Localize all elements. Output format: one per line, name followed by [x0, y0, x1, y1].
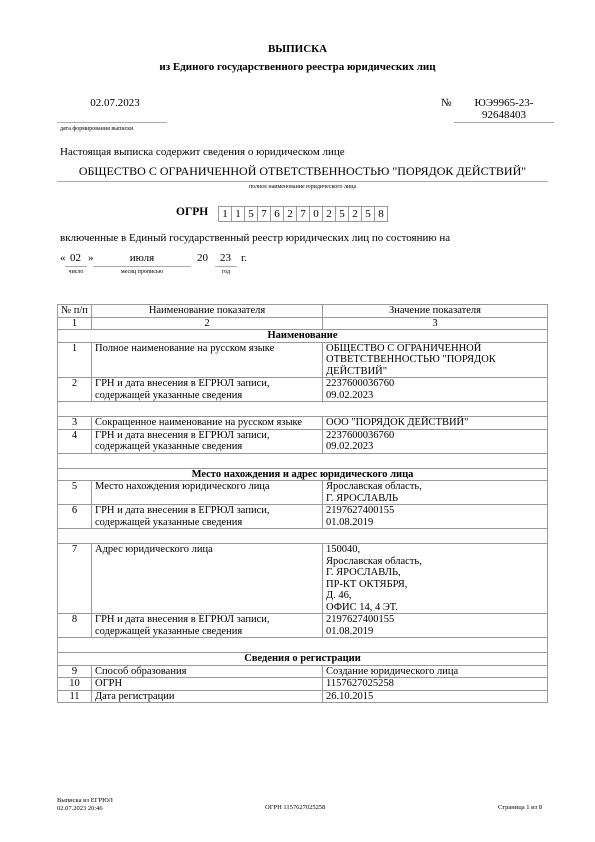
- as-of-year: 23: [220, 252, 231, 264]
- indicator-value-line: 2197627400155: [326, 505, 544, 517]
- section-header-row: Сведения о регистрации: [58, 653, 548, 666]
- indicator-value-line: 1157627025258: [326, 678, 544, 690]
- indicator-value-line: Создание юридического лица: [326, 666, 544, 678]
- as-of-month: июля: [93, 252, 191, 264]
- indicator-value: 223760003676009.02.2023: [323, 429, 548, 453]
- indicator-value-line: 09.02.2023: [326, 441, 544, 453]
- indicator-name: ГРН и дата внесения в ЕГРЮЛ записи, соде…: [92, 429, 323, 453]
- month-underline: [93, 266, 191, 267]
- spacer-cell: [58, 402, 548, 417]
- ogrn-digit-box: 5: [362, 206, 375, 222]
- ogrn-digit-box: 8: [375, 206, 388, 222]
- document-subtitle: из Единого государственного реестра юрид…: [0, 61, 595, 73]
- section-header-row: Место нахождения и адрес юридического ли…: [58, 468, 548, 481]
- table-row: 6ГРН и дата внесения в ЕГРЮЛ записи, сод…: [58, 505, 548, 529]
- indicator-value-line: Ярославская область,: [326, 556, 544, 568]
- indicator-name: ОГРН: [92, 678, 323, 691]
- table-row: 8ГРН и дата внесения в ЕГРЮЛ записи, сод…: [58, 614, 548, 638]
- indicator-value-line: 01.08.2019: [326, 626, 544, 638]
- ogrn-digit-box: 2: [323, 206, 336, 222]
- spacer-cell: [58, 638, 548, 653]
- entity-name-caption: полное наименование юридического лица: [57, 184, 548, 190]
- table-row: 1Полное наименование на русском языкеОБЩ…: [58, 342, 548, 378]
- day-caption: число: [63, 269, 89, 275]
- table-row: 9Способ образованияСоздание юридического…: [58, 665, 548, 678]
- indicator-value-line: ОФИС 14, 4 ЭТ.: [326, 602, 544, 614]
- indicator-value-line: ДЕЙСТВИЙ": [326, 366, 544, 378]
- table-row: 2ГРН и дата внесения в ЕГРЮЛ записи, сод…: [58, 378, 548, 402]
- table-row: 10ОГРН1157627025258: [58, 678, 548, 691]
- entity-name-underline: [57, 181, 548, 182]
- indicator-value-line: ПР-КТ ОКТЯБРЯ,: [326, 579, 544, 591]
- spacer-row: [58, 453, 548, 468]
- section-title: Место нахождения и адрес юридического ли…: [58, 468, 548, 481]
- ogrn-digit-box: 2: [349, 206, 362, 222]
- number-sign: №: [441, 97, 452, 109]
- indicator-name: Способ образования: [92, 665, 323, 678]
- row-number: 5: [58, 481, 92, 505]
- indicator-name: Адрес юридического лица: [92, 544, 323, 614]
- indicator-value-line: 150040,: [326, 544, 544, 556]
- footer-left-line1: Выписка из ЕГРЮЛ: [57, 797, 113, 805]
- date-underline: [57, 122, 167, 123]
- extract-number-line1: ЮЭ9965-23-: [454, 97, 554, 109]
- quote-open: «: [60, 252, 66, 264]
- row-number: 10: [58, 678, 92, 691]
- included-text: включенные в Единый государственный реес…: [60, 232, 450, 244]
- table-row: 4ГРН и дата внесения в ЕГРЮЛ записи, сод…: [58, 429, 548, 453]
- table-row: 3Сокращенное наименование на русском язы…: [58, 417, 548, 430]
- table-row: 7Адрес юридического лица150040,Ярославск…: [58, 544, 548, 614]
- indicator-name: Место нахождения юридического лица: [92, 481, 323, 505]
- header-col-name: Наименование показателя: [92, 305, 323, 318]
- ogrn-digit-box: 7: [258, 206, 271, 222]
- indicator-value: 223760003676009.02.2023: [323, 378, 548, 402]
- table-row: 11Дата регистрации26.10.2015: [58, 690, 548, 703]
- ogrn-digit-box: 7: [297, 206, 310, 222]
- row-number: 11: [58, 690, 92, 703]
- ogrn-digit-box: 1: [218, 206, 232, 222]
- section-header-row: Наименование: [58, 330, 548, 343]
- ogrn-digit-box: 5: [245, 206, 258, 222]
- extract-number: ЮЭ9965-23- 92648403: [454, 97, 554, 121]
- table-header-row: № п/п Наименование показателя Значение п…: [58, 305, 548, 318]
- egrul-data-table: № п/п Наименование показателя Значение п…: [57, 304, 548, 703]
- indicator-value: Создание юридического лица: [323, 665, 548, 678]
- document-title: ВЫПИСКА: [0, 43, 595, 55]
- indicator-value-line: ОБЩЕСТВО С ОГРАНИЧЕННОЙ: [326, 343, 544, 355]
- spacer-row: [58, 529, 548, 544]
- indicator-value-line: ООО "ПОРЯДОК ДЕЙСТВИЙ": [326, 417, 544, 429]
- section-title: Наименование: [58, 330, 548, 343]
- row-number: 7: [58, 544, 92, 614]
- indicator-value: 26.10.2015: [323, 690, 548, 703]
- extract-number-line2: 92648403: [454, 109, 554, 121]
- header-col-number: № п/п: [58, 305, 92, 318]
- ogrn-label: ОГРН: [176, 206, 208, 218]
- indicator-value: ОБЩЕСТВО С ОГРАНИЧЕННОЙОТВЕТСТВЕННОСТЬЮ …: [323, 342, 548, 378]
- ogrn-digit-box: 2: [284, 206, 297, 222]
- indicator-value-line: 09.02.2023: [326, 390, 544, 402]
- row-number: 2: [58, 378, 92, 402]
- header-col-value: Значение показателя: [323, 305, 548, 318]
- indicator-name: Сокращенное наименование на русском язык…: [92, 417, 323, 430]
- number-underline: [454, 122, 554, 123]
- month-caption: месяц прописью: [93, 269, 191, 275]
- ogrn-digit-boxes: 1157627025258: [218, 206, 388, 222]
- indicator-name: Полное наименование на русском языке: [92, 342, 323, 378]
- row-number: 8: [58, 614, 92, 638]
- header-num-2: 2: [92, 317, 323, 330]
- indicator-value: Ярославская область,Г. ЯРОСЛАВЛЬ: [323, 481, 548, 505]
- row-number: 6: [58, 505, 92, 529]
- year-suffix: г.: [241, 252, 247, 264]
- indicator-value-line: Ярославская область,: [326, 481, 544, 493]
- indicator-value: 150040,Ярославская область,Г. ЯРОСЛАВЛЬ,…: [323, 544, 548, 614]
- section-title: Сведения о регистрации: [58, 653, 548, 666]
- indicator-value-line: 2237600036760: [326, 430, 544, 442]
- spacer-row: [58, 638, 548, 653]
- indicator-value-line: Д. 46,: [326, 590, 544, 602]
- indicator-name: ГРН и дата внесения в ЕГРЮЛ записи, соде…: [92, 378, 323, 402]
- ogrn-digit-box: 1: [232, 206, 245, 222]
- spacer-cell: [58, 529, 548, 544]
- footer-left-line2: 02.07.2023 20:46: [57, 805, 113, 813]
- as-of-century: 20: [197, 252, 208, 264]
- day-underline: [65, 266, 87, 267]
- table-row: 5Место нахождения юридического лицаЯросл…: [58, 481, 548, 505]
- entity-full-name: ОБЩЕСТВО С ОГРАНИЧЕННОЙ ОТВЕТСТВЕННОСТЬЮ…: [57, 164, 548, 179]
- indicator-value: 219762740015501.08.2019: [323, 614, 548, 638]
- header-num-1: 1: [58, 317, 92, 330]
- row-number: 1: [58, 342, 92, 378]
- header-num-3: 3: [323, 317, 548, 330]
- spacer-row: [58, 402, 548, 417]
- year-caption: год: [215, 269, 237, 275]
- indicator-value-line: 01.08.2019: [326, 517, 544, 529]
- indicator-value: 1157627025258: [323, 678, 548, 691]
- intro-text: Настоящая выписка содержит сведения о юр…: [60, 146, 345, 158]
- row-number: 4: [58, 429, 92, 453]
- ogrn-digit-box: 0: [310, 206, 323, 222]
- indicator-value: 219762740015501.08.2019: [323, 505, 548, 529]
- row-number: 9: [58, 665, 92, 678]
- indicator-value-line: 2197627400155: [326, 614, 544, 626]
- table-header-number-row: 1 2 3: [58, 317, 548, 330]
- as-of-day: 02: [70, 252, 81, 264]
- date-caption: дата формирования выписки: [60, 126, 133, 132]
- indicator-value-line: Г. ЯРОСЛАВЛЬ: [326, 493, 544, 505]
- indicator-value-line: Г. ЯРОСЛАВЛЬ,: [326, 567, 544, 579]
- year-underline: [215, 266, 237, 267]
- footer-left: Выписка из ЕГРЮЛ 02.07.2023 20:46: [57, 797, 113, 812]
- ogrn-digit-box: 5: [336, 206, 349, 222]
- indicator-value-line: 26.10.2015: [326, 691, 544, 703]
- indicator-value: ООО "ПОРЯДОК ДЕЙСТВИЙ": [323, 417, 548, 430]
- row-number: 3: [58, 417, 92, 430]
- extract-date: 02.07.2023: [60, 97, 170, 109]
- footer-page-number: Страница 1 из 8: [498, 804, 542, 811]
- indicator-value-line: ОТВЕТСТВЕННОСТЬЮ "ПОРЯДОК: [326, 354, 544, 366]
- spacer-cell: [58, 453, 548, 468]
- footer-ogrn: ОГРН 1157627025258: [265, 804, 325, 811]
- indicator-name: ГРН и дата внесения в ЕГРЮЛ записи, соде…: [92, 614, 323, 638]
- indicator-value-line: 2237600036760: [326, 378, 544, 390]
- indicator-name: ГРН и дата внесения в ЕГРЮЛ записи, соде…: [92, 505, 323, 529]
- ogrn-digit-box: 6: [271, 206, 284, 222]
- indicator-name: Дата регистрации: [92, 690, 323, 703]
